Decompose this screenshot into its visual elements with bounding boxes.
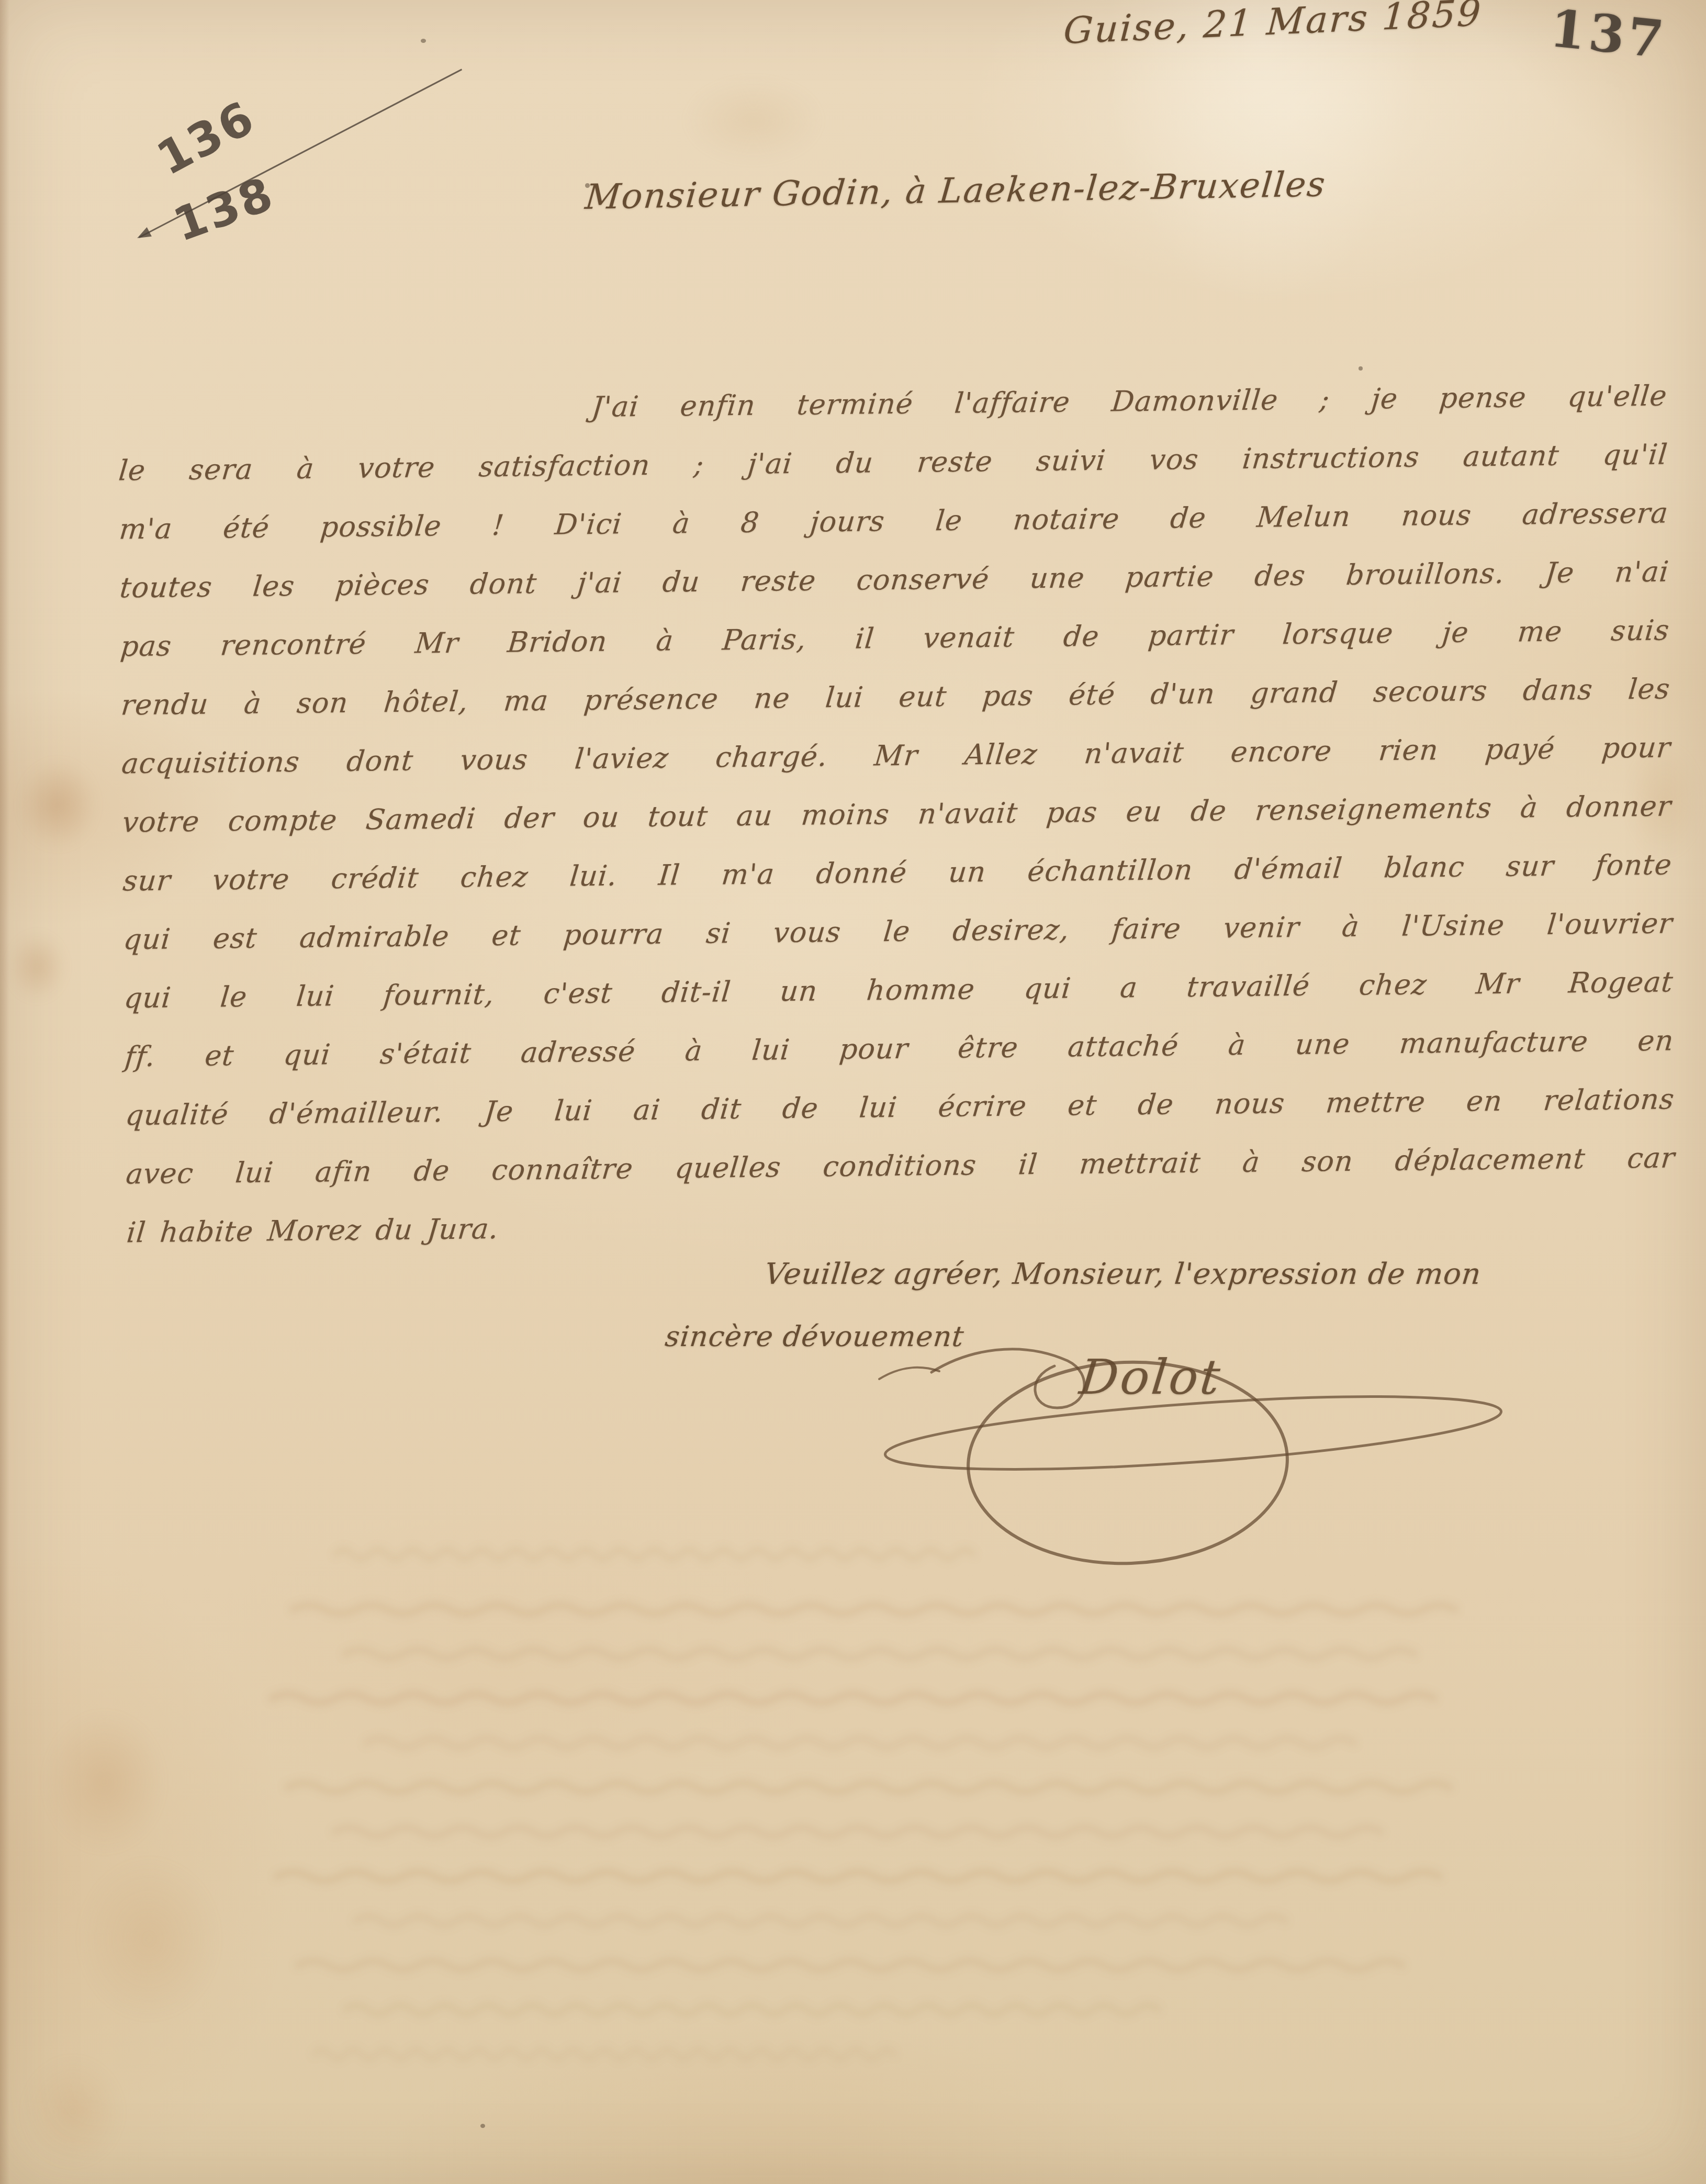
paper-stain xyxy=(23,2057,122,2167)
page-edge-shadow xyxy=(0,0,9,2184)
paper-stain xyxy=(8,933,66,1001)
paper-stain xyxy=(44,1711,164,1853)
paper-stain xyxy=(19,760,97,849)
closing-formula-line1: Veuillez agréer, Monsieur, l'expression … xyxy=(763,1257,1483,1291)
bleedthrough-ghost-text xyxy=(209,1533,1570,2135)
signature-name: Dolot xyxy=(1077,1349,1225,1405)
letter-body: J'ai enfin terminé l'affaire Damonville … xyxy=(115,367,1673,1262)
dateline: Guise, 21 Mars 1859 xyxy=(1062,0,1484,52)
paper-stain xyxy=(78,1858,220,2020)
recipient-address-line: Monsieur Godin, à Laeken-lez-Bruxelles xyxy=(583,164,1328,217)
archival-number-top: 136 xyxy=(148,90,264,186)
letter-page: 136 138 Guise, 21 Mars 1859 137 Monsieur… xyxy=(0,0,1706,2184)
folio-stamp-number: 137 xyxy=(1547,0,1669,70)
paper-stain xyxy=(686,79,822,162)
ink-speck xyxy=(421,39,426,43)
